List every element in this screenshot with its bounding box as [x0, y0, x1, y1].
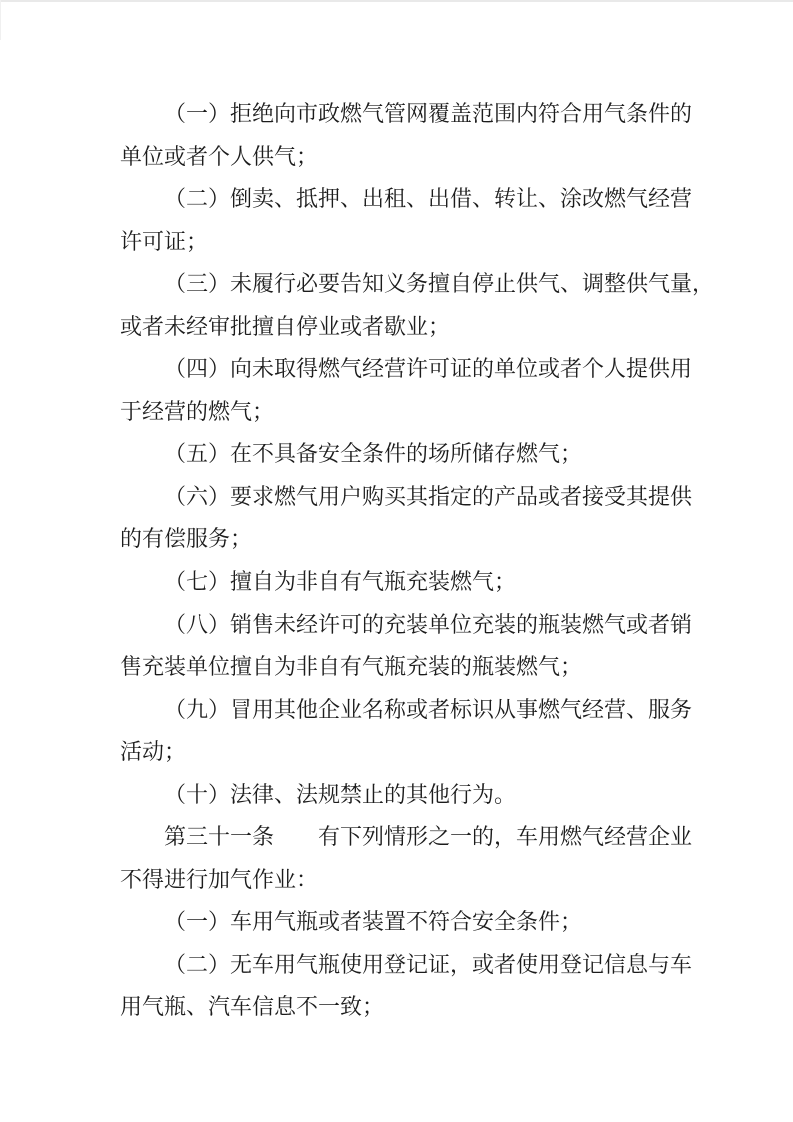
text-line: 用气瓶、汽车信息不一致； [120, 986, 673, 1029]
text-line: 或者未经审批擅自停业或者歇业； [120, 306, 673, 349]
text-line: 的有偿服务； [120, 518, 673, 561]
paragraph-clause-3: （三）未履行必要告知义务擅自停止供气、调整供气量，或者未经审批擅自停业或者歇业； [120, 263, 673, 348]
paragraph-clause-7: （七）擅自为非自有气瓶充装燃气； [120, 561, 673, 604]
text-line: 不得进行加气作业： [120, 859, 673, 902]
page-top-edge-line [0, 0, 793, 2]
text-line: （一）拒绝向市政燃气管网覆盖范围内符合用气条件的 [120, 93, 673, 136]
text-line: （四）向未取得燃气经营许可证的单位或者个人提供用 [120, 348, 673, 391]
paragraph-clause-1: （一）拒绝向市政燃气管网覆盖范围内符合用气条件的单位或者个人供气； [120, 93, 673, 178]
paragraph-clause-9: （九）冒用其他企业名称或者标识从事燃气经营、服务活动； [120, 689, 673, 774]
text-line: 第三十一条 有下列情形之一的，车用燃气经营企业 [120, 816, 673, 859]
paragraph-article-31-item-2: （二）无车用气瓶使用登记证，或者使用登记信息与车用气瓶、汽车信息不一致； [120, 944, 673, 1029]
paragraph-article-31: 第三十一条 有下列情形之一的，车用燃气经营企业不得进行加气作业： [120, 816, 673, 901]
document-page: （一）拒绝向市政燃气管网覆盖范围内符合用气条件的单位或者个人供气；（二）倒卖、抵… [0, 0, 793, 1122]
paragraph-clause-4: （四）向未取得燃气经营许可证的单位或者个人提供用于经营的燃气； [120, 348, 673, 433]
text-line: （二）倒卖、抵押、出租、出借、转让、涂改燃气经营 [120, 178, 673, 221]
text-line: 售充装单位擅自为非自有气瓶充装的瓶装燃气； [120, 646, 673, 689]
text-line: （二）无车用气瓶使用登记证，或者使用登记信息与车 [120, 944, 673, 987]
text-line: 单位或者个人供气； [120, 136, 673, 179]
text-line: 许可证； [120, 221, 673, 264]
paragraph-article-31-item-1: （一）车用气瓶或者装置不符合安全条件； [120, 901, 673, 944]
paragraph-clause-5: （五）在不具备安全条件的场所储存燃气； [120, 433, 673, 476]
text-line: （七）擅自为非自有气瓶充装燃气； [120, 561, 673, 604]
paragraph-clause-6: （六）要求燃气用户购买其指定的产品或者接受其提供的有偿服务； [120, 476, 673, 561]
text-line: （八）销售未经许可的充装单位充装的瓶装燃气或者销 [120, 604, 673, 647]
text-line: 活动； [120, 731, 673, 774]
paragraph-clause-8: （八）销售未经许可的充装单位充装的瓶装燃气或者销售充装单位擅自为非自有气瓶充装的… [120, 604, 673, 689]
text-line: （九）冒用其他企业名称或者标识从事燃气经营、服务 [120, 689, 673, 732]
paragraph-clause-2: （二）倒卖、抵押、出租、出借、转让、涂改燃气经营许可证； [120, 178, 673, 263]
text-line: （五）在不具备安全条件的场所储存燃气； [120, 433, 673, 476]
text-line: 于经营的燃气； [120, 391, 673, 434]
text-line: （十）法律、法规禁止的其他行为。 [120, 774, 673, 817]
text-line: （三）未履行必要告知义务擅自停止供气、调整供气量， [120, 263, 673, 306]
text-line: （六）要求燃气用户购买其指定的产品或者接受其提供 [120, 476, 673, 519]
paragraph-clause-10: （十）法律、法规禁止的其他行为。 [120, 774, 673, 817]
text-line: （一）车用气瓶或者装置不符合安全条件； [120, 901, 673, 944]
document-text-block: （一）拒绝向市政燃气管网覆盖范围内符合用气条件的单位或者个人供气；（二）倒卖、抵… [120, 93, 673, 1029]
page-left-edge-line [0, 0, 1, 40]
